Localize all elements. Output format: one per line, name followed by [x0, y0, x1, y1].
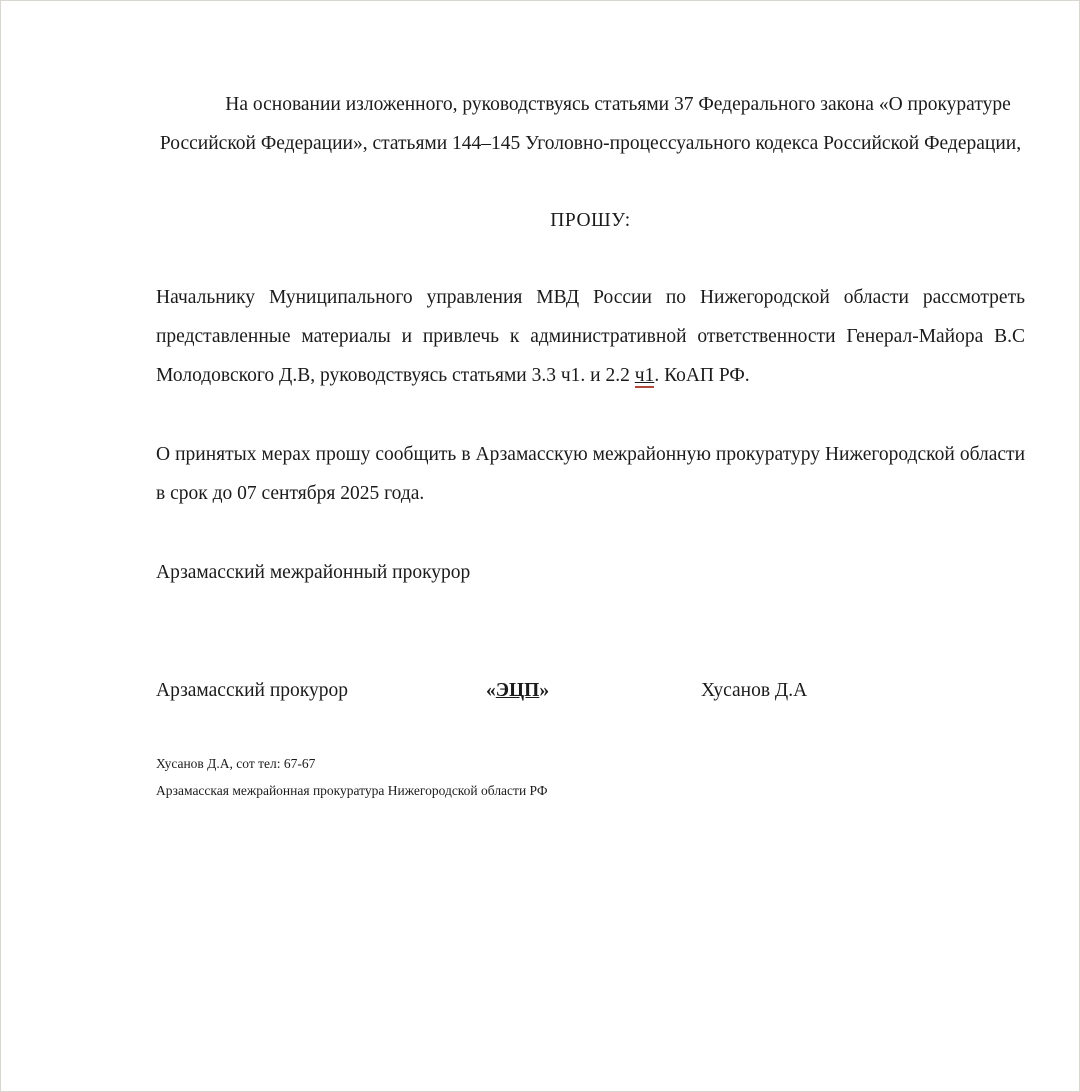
signature-stamp: «ЭЦП» [486, 671, 549, 710]
signature-position: Арзамасский прокурор [156, 671, 348, 710]
document-page: На основании изложенного, руководствуясь… [0, 0, 1080, 1092]
request-text-before: Начальнику Муниципального управления МВД… [156, 287, 1025, 386]
document-footer: Хусанов Д.А, сот тел: 67-67 Арзамасская … [156, 750, 1025, 804]
request-heading: ПРОШУ: [156, 201, 1025, 240]
stamp-open-quote: « [486, 680, 496, 701]
notify-paragraph: О принятых мерах прошу сообщить в Арзама… [156, 435, 1025, 513]
footer-contact-line: Хусанов Д.А, сот тел: 67-67 [156, 750, 1025, 777]
signature-name: Хусанов Д.А [701, 671, 807, 710]
footer-org-line: Арзамасская межрайонная прокуратура Ниже… [156, 777, 1025, 804]
stamp-label: ЭЦП [496, 680, 540, 701]
request-paragraph: Начальнику Муниципального управления МВД… [156, 278, 1025, 395]
stamp-close-quote: » [539, 680, 549, 701]
intro-paragraph: На основании изложенного, руководствуясь… [156, 85, 1025, 163]
document-content: На основании изложенного, руководствуясь… [1, 1, 1079, 804]
request-text-after: . КоАП РФ. [654, 365, 749, 386]
signature-row: Арзамасский прокурор «ЭЦП» Хусанов Д.А [156, 671, 1025, 710]
request-underlined-term: ч1 [635, 365, 655, 388]
signer-title-line: Арзамасский межрайонный прокурор [156, 553, 1025, 592]
